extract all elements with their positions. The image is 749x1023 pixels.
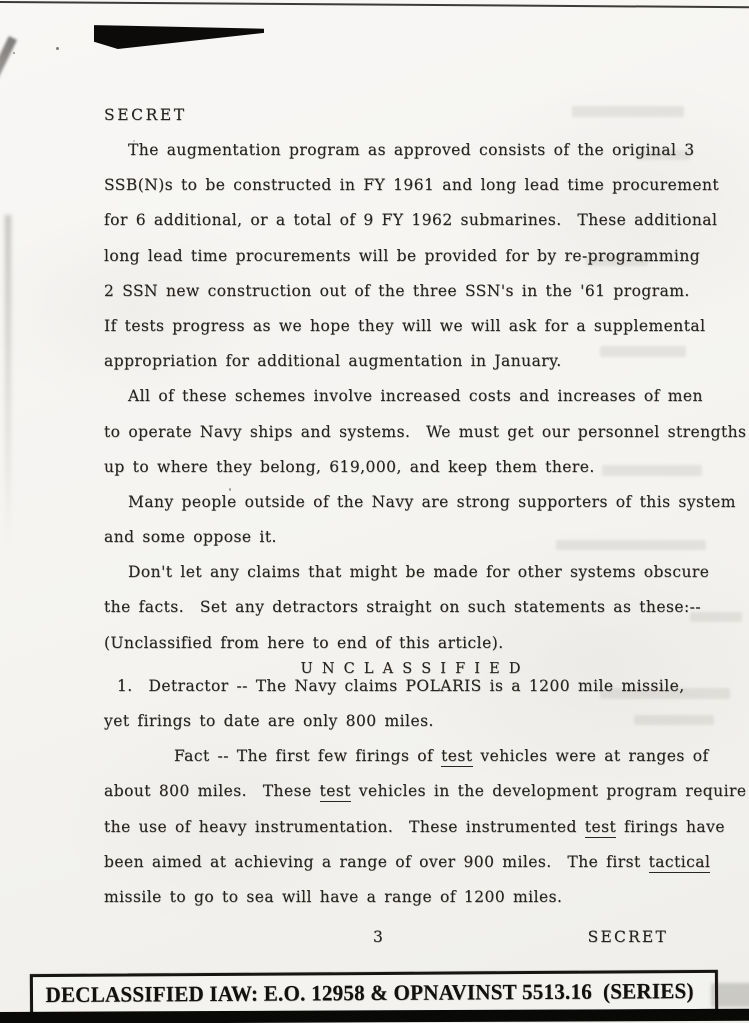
fold-streak-artifact xyxy=(0,36,17,206)
text-segment: the facts. Set any detractors straight o… xyxy=(104,598,701,616)
underlined-word: test xyxy=(585,818,616,838)
text-line: Fact -- The first few firings of test ve… xyxy=(104,747,690,782)
text-line: and some oppose it. xyxy=(104,528,690,563)
text-segment: 1. Detractor -- The Navy claims POLARIS … xyxy=(117,677,685,695)
text-segment: firings have xyxy=(616,818,725,836)
text-segment: The augmentation program as approved con… xyxy=(128,141,695,159)
classification-footer: SECRET xyxy=(588,928,668,946)
stamp-ghost-artifact xyxy=(711,983,749,1007)
unclassified-heading: U N C L A S S I F I E D xyxy=(104,661,690,677)
text-segment: vehicles in the development program requ… xyxy=(351,782,747,800)
text-line: The augmentation program as approved con… xyxy=(104,141,690,176)
text-line: appropriation for additional augmentatio… xyxy=(104,352,690,387)
text-line: Many people outside of the Navy are stro… xyxy=(104,493,690,528)
text-segment: Don't let any claims that might be made … xyxy=(128,563,709,581)
document-body-lines: The augmentation program as approved con… xyxy=(104,141,690,923)
text-segment: 2 SSN new construction out of the three … xyxy=(104,282,690,300)
text-segment: Fact -- The first few firings of xyxy=(174,747,441,765)
text-line: yet firings to date are only 800 miles. xyxy=(104,712,690,747)
declassification-stamp-text: DECLASSIFIED IAW: E.O. 12958 & OPNAVINST… xyxy=(33,978,694,1008)
text-segment: SSB(N)s to be constructed in FY 1961 and… xyxy=(104,176,719,194)
text-segment: for 6 additional, or a total of 9 FY 196… xyxy=(104,211,717,229)
text-segment: to operate Navy ships and systems. We mu… xyxy=(104,423,746,441)
text-segment: (Unclassified from here to end of this a… xyxy=(104,634,504,652)
text-segment: been aimed at achieving a range of over … xyxy=(104,853,649,871)
text-segment: up to where they belong, 619,000, and ke… xyxy=(104,458,595,476)
text-line: the facts. Set any detractors straight o… xyxy=(104,598,690,633)
text-line: Don't let any claims that might be made … xyxy=(104,563,690,598)
document-page: SECRET The augmentation program as appro… xyxy=(104,106,690,952)
text-segment: long lead time procurements will be prov… xyxy=(104,247,700,265)
text-line: to operate Navy ships and systems. We mu… xyxy=(104,423,690,458)
text-segment: yet firings to date are only 800 miles. xyxy=(104,712,434,730)
ink-speck xyxy=(13,52,15,54)
text-line: been aimed at achieving a range of over … xyxy=(104,853,690,888)
text-line: 1. Detractor -- The Navy claims POLARIS … xyxy=(104,677,690,712)
page-number: 3 xyxy=(373,928,383,946)
text-segment: Many people outside of the Navy are stro… xyxy=(128,493,736,511)
page-footer: 3 SECRET xyxy=(104,928,690,952)
underlined-word: test xyxy=(441,747,472,767)
text-line: long lead time procurements will be prov… xyxy=(104,247,690,282)
text-segment: missile to go to sea will have a range o… xyxy=(104,888,562,906)
text-line: missile to go to sea will have a range o… xyxy=(104,888,690,923)
text-segment: vehicles were at ranges of xyxy=(473,747,709,765)
text-line: the use of heavy instrumentation. These … xyxy=(104,818,690,853)
fold-streak-artifact xyxy=(5,215,11,545)
text-line: 2 SSN new construction out of the three … xyxy=(104,282,690,317)
text-line: about 800 miles. These test vehicles in … xyxy=(104,782,690,817)
scan-top-edge-artifact xyxy=(0,1,749,8)
classification-header: SECRET xyxy=(104,106,690,141)
text-segment: If tests progress as we hope they will w… xyxy=(104,317,705,335)
underlined-word: tactical xyxy=(649,853,711,873)
text-line: If tests progress as we hope they will w… xyxy=(104,317,690,352)
folded-corner-artifact xyxy=(94,23,264,49)
scanner-bar-artifact xyxy=(0,1009,749,1023)
text-segment: All of these schemes involve increased c… xyxy=(128,387,703,405)
text-line: up to where they belong, 619,000, and ke… xyxy=(104,458,690,493)
text-segment: the use of heavy instrumentation. These … xyxy=(104,818,585,836)
underlined-word: test xyxy=(320,782,351,802)
text-segment: and some oppose it. xyxy=(104,528,277,546)
text-segment: appropriation for additional augmentatio… xyxy=(104,352,562,370)
text-line: SSB(N)s to be constructed in FY 1961 and… xyxy=(104,176,690,211)
text-line: All of these schemes involve increased c… xyxy=(104,387,690,422)
text-segment: about 800 miles. These xyxy=(104,782,320,800)
text-line: for 6 additional, or a total of 9 FY 196… xyxy=(104,211,690,246)
ink-speck xyxy=(56,47,59,50)
